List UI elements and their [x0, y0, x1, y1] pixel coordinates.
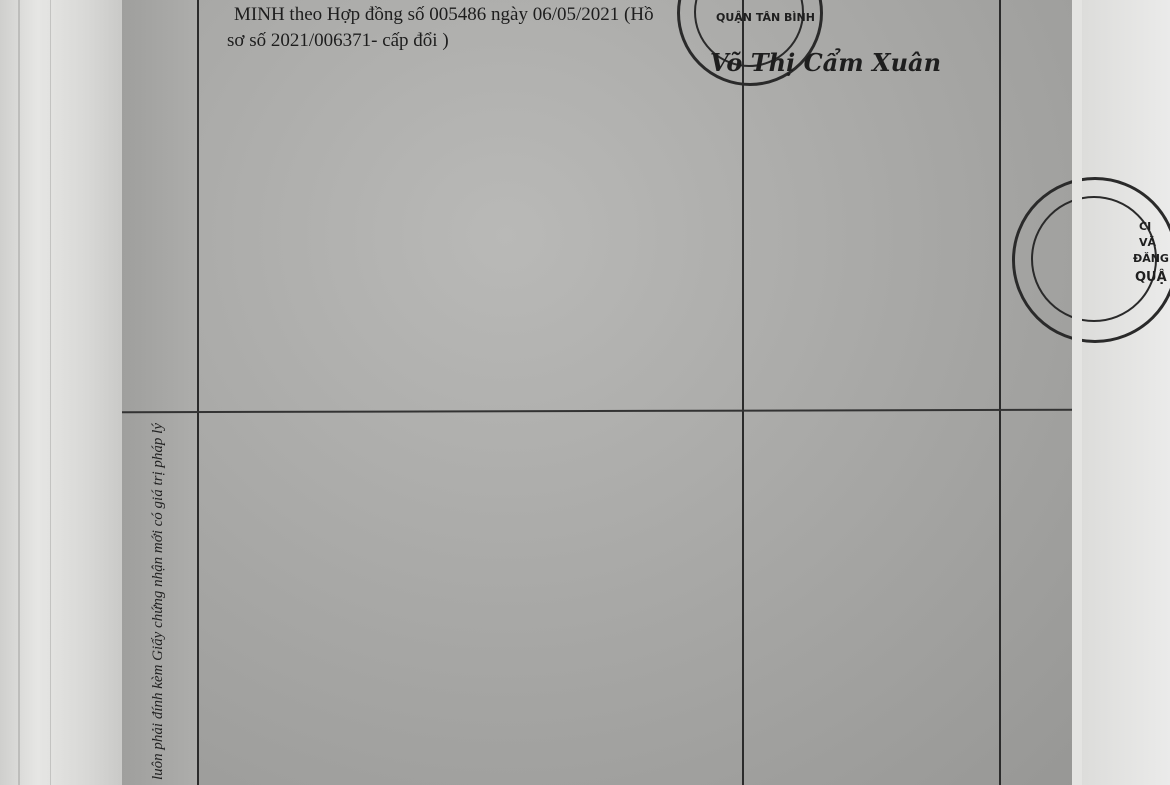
body-text-line: sơ số 2021/006371- cấp đổi ) — [227, 30, 449, 52]
official-seal: CI VĂ ĐĂNG QUẬ — [1012, 177, 1170, 343]
table-column-divider — [742, 0, 744, 785]
seal-text: QUẬN TÂN BÌNH — [716, 11, 815, 24]
certificate-page: luôn phải đính kèm Giấy chứng nhận mới c… — [122, 0, 1082, 785]
table-row-divider — [122, 409, 1082, 414]
seal-text: QUẬ — [1135, 270, 1167, 285]
seal-text: CI — [1139, 220, 1151, 233]
page-edge — [18, 0, 20, 785]
table-column-divider — [999, 0, 1001, 785]
seal-text: ĐĂNG — [1133, 252, 1169, 265]
signature: Võ Thị Cẩm Xuân — [710, 48, 941, 77]
body-text-line: MINH theo Hợp đồng số 005486 ngày 06/05/… — [234, 4, 654, 26]
background-surface — [1080, 0, 1170, 785]
margin-note: luôn phải đính kèm Giấy chứng nhận mới c… — [150, 423, 167, 780]
page-edge — [50, 0, 51, 785]
page-edge — [1072, 0, 1082, 785]
table-border-left — [197, 0, 199, 785]
seal-text: VĂ — [1139, 236, 1156, 249]
